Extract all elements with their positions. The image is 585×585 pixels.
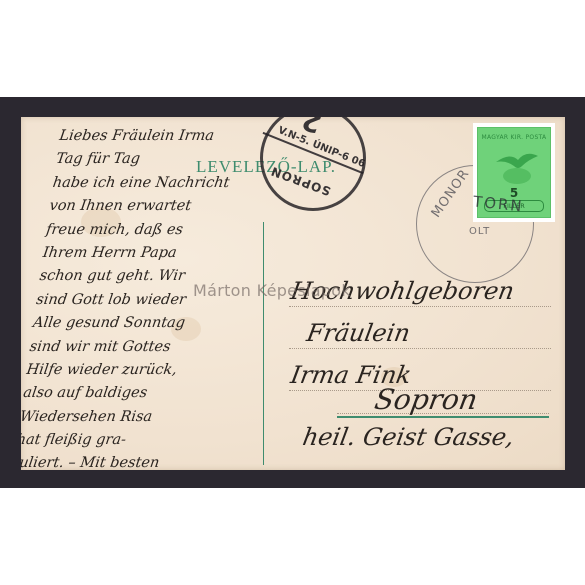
postmark-town: MONOR <box>429 166 473 220</box>
message-line: Hilfe wieder zurück, <box>25 359 205 382</box>
message-line: sind Gott lob wieder <box>35 289 215 312</box>
turul-bird-icon <box>492 146 542 186</box>
address-line-city: Sopron <box>372 383 480 416</box>
message-line: freue mich, daß es <box>45 219 225 242</box>
postmark-date: OLT <box>469 226 490 237</box>
postcard: LEVELEZŐ-LAP. Liebes Fräulein Irma Tag f… <box>21 117 565 470</box>
watermark: Márton Képeslapok <box>193 281 351 300</box>
message-line: hat fleißig gra- <box>21 429 195 452</box>
stamp-country: MAGYAR KIR. POSTA <box>478 134 550 141</box>
message-line: Liebes Fräulein Irma <box>58 125 238 148</box>
address-green-rule <box>337 416 549 418</box>
message-line: Tag für Tag <box>54 148 234 171</box>
postmark-sopron: 2 V.N-5. ÚNIP-6 06 SOPRON <box>260 117 366 211</box>
address-guide-line <box>289 306 551 307</box>
address-line-title: Fräulein <box>305 319 413 347</box>
message-line: von Ihnen erwartet <box>48 195 228 218</box>
message-line: tuliert. – Mit besten <box>21 452 191 470</box>
address-line-street: heil. Geist Gasse, <box>301 423 517 451</box>
message-line: schon gut geht. Wir <box>38 265 218 288</box>
message-line: sind wir mit Gottes <box>28 336 208 359</box>
address-guide-line <box>289 348 551 349</box>
message-line: also auf baldiges <box>21 382 201 405</box>
message-line: Wiedersehen Risa <box>21 406 198 429</box>
message-address-divider <box>263 222 264 465</box>
postmark-town: SOPRON <box>269 164 333 199</box>
message-line: Alle gesund Sonntag <box>31 312 211 335</box>
message-line: habe ich eine Nachricht <box>51 172 231 195</box>
message-line: Ihrem Herrn Papa <box>41 242 221 265</box>
postmark-date: V.N-5. ÚNIP-6 06 <box>276 125 366 170</box>
